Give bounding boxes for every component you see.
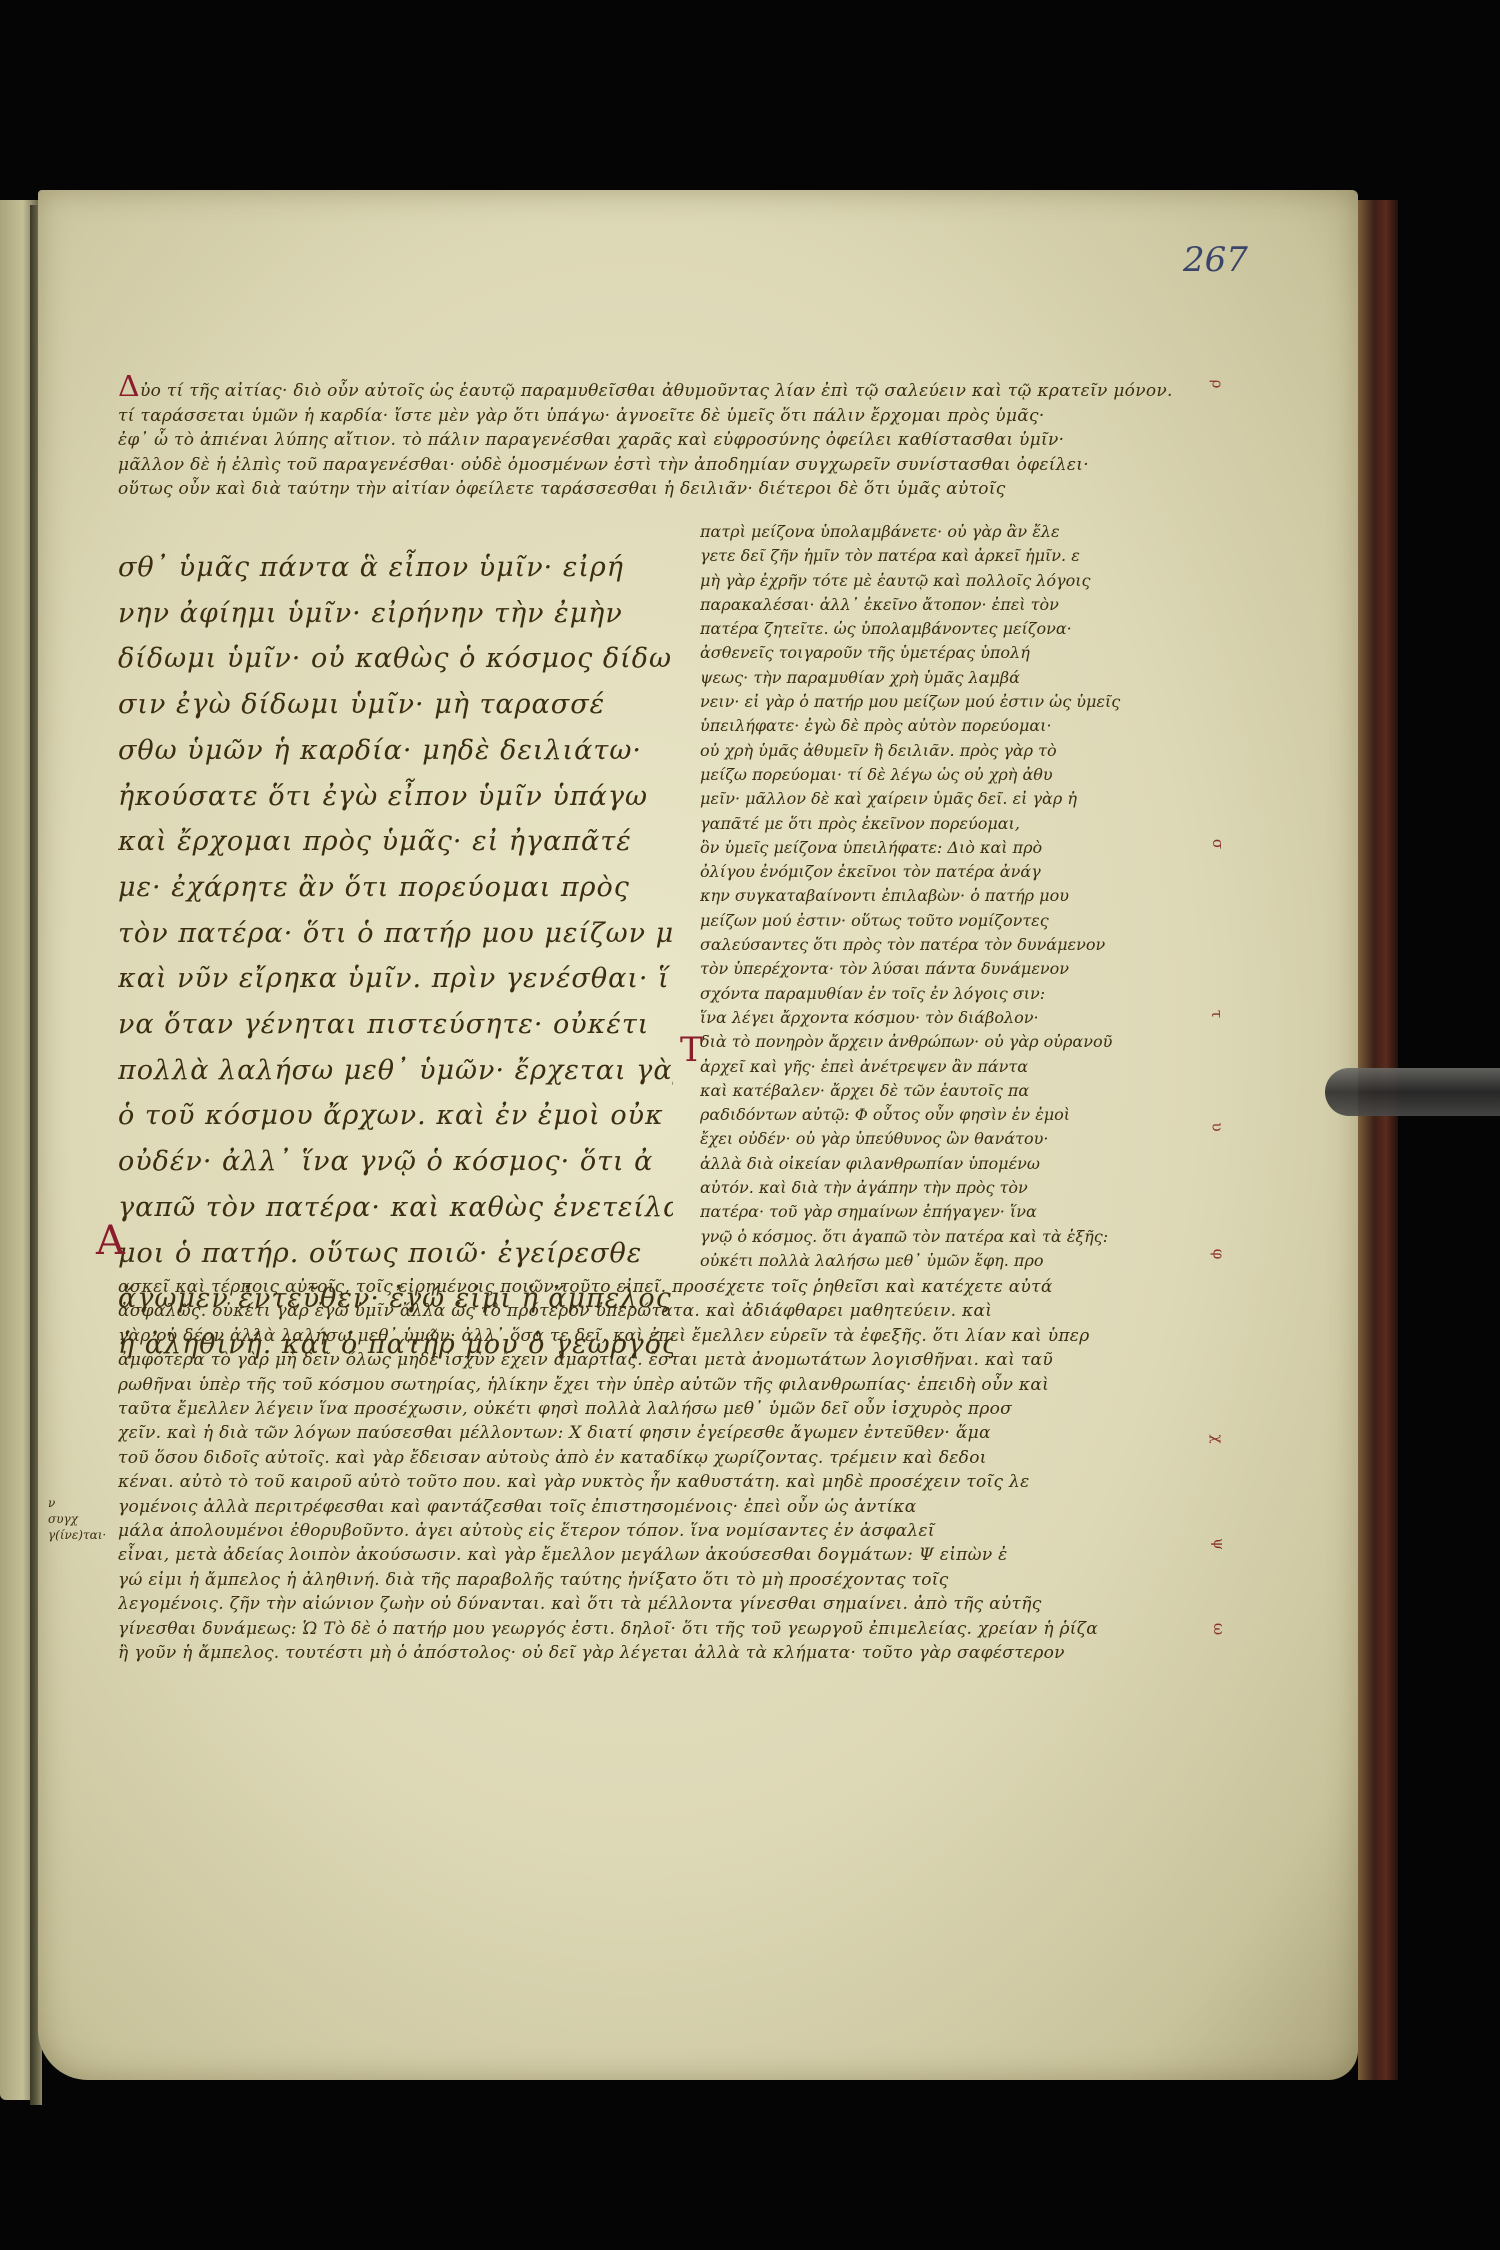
lemma-line: σθ᾽ ὑμᾶς πάντα ἃ εἶπον ὑμῖν· εἰρή [118, 545, 673, 591]
commentary-line: ἵνα λέγει ἄρχοντα κόσμου· τὸν διάβολον· [700, 1006, 1180, 1030]
text-line: γομένοις ἀλλὰ περιτρέφεσθαι καὶ φαντάζεσ… [118, 1495, 1193, 1519]
lemma-line: μοι ὁ πατήρ. οὕτως ποιῶ· ἐγείρεσθε [118, 1231, 673, 1277]
lemma-text-block: σθ᾽ ὑμᾶς πάντα ἃ εἶπον ὑμῖν· εἰρή νην ἀφ… [118, 545, 673, 1368]
commentary-line: ἀσθενεῖς τοιγαροῦν τῆς ὑμετέρας ὑπολή [700, 641, 1180, 665]
lemma-line: να ὅταν γένηται πιστεύσητε· οὐκέτι [118, 1002, 673, 1048]
commentary-line: διὰ τὸ πονηρὸν ἄρχειν ἀνθρώπων· οὐ γὰρ ο… [700, 1030, 1180, 1054]
text-line: λεγομένοις. ζῆν τὴν αἰώνιον ζωὴν οὐ δύνα… [118, 1592, 1193, 1616]
lemma-line: οὐδέν· ἀλλ᾽ ἵνα γνῷ ὁ κόσμος· ὅτι ἀ [118, 1139, 673, 1185]
rubric-initial-tau: Τ [680, 1030, 703, 1070]
commentary-column: πατρὶ μείζονα ὑπολαμβάνετε· οὐ γὰρ ἂν ἔλ… [700, 520, 1180, 1273]
marginal-ref-chi: χ [1209, 1434, 1227, 1443]
text-line: ἀμφότερα τὸ γὰρ μὴ δεῖν ὅλως μηδὲ ἰσχὺν … [118, 1348, 1193, 1372]
text-line: ἐφ᾽ ὧ τὸ ἀπιέναι λύπης αἴτιον. τὸ πάλιν … [118, 428, 1178, 453]
marginal-ref-psi: ψ [1210, 1538, 1228, 1550]
commentary-line: ἀλλὰ διὰ οἰκείαν φιλανθρωπίαν ὑπομένω [700, 1152, 1180, 1176]
text-line: ταῦτα ἔμελλεν λέγειν ἵνα προσέχωσιν, οὐκ… [118, 1397, 1193, 1421]
lemma-line: δίδωμι ὑμῖν· οὐ καθὼς ὁ κόσμος δίδω [118, 636, 673, 682]
commentary-line: γαπᾶτέ με ὅτι πρὸς ἐκεῖνον πορεύομαι, [700, 812, 1180, 836]
text-line: κέναι. αὐτὸ τὸ τοῦ καιροῦ αὐτὸ τοῦτο που… [118, 1470, 1193, 1494]
text-line: τοῦ ὅσου διδοῖς αὐτοῖς. καὶ γὰρ ἔδεισαν … [118, 1446, 1193, 1470]
commentary-line: μείζων μού ἐστιν· οὕτως τοῦτο νομίζοντες [700, 909, 1180, 933]
commentary-line: νειν· εἰ γὰρ ὁ πατήρ μου μείζων μού ἐστι… [700, 690, 1180, 714]
text-line: ασκεῖ καὶ τέρποις αὐτοῖς, τοῖς εἰρημένοι… [118, 1275, 1193, 1299]
commentary-line: οὐ χρὴ ὑμᾶς ἀθυμεῖν ἢ δειλιᾶν. πρὸς γὰρ … [700, 739, 1180, 763]
commentary-line: πατέρα· τοῦ γὰρ σημαίνων ἐπήγαγεν· ἵνα [700, 1200, 1180, 1224]
folio-number: 267 [1183, 240, 1248, 280]
text-line: ρωθῆναι ὑπὲρ τῆς τοῦ κόσμου σωτηρίας, ἡλ… [118, 1373, 1193, 1397]
marginal-ref-rho: ρ [1208, 380, 1226, 389]
lemma-line: νην ἀφίημι ὑμῖν· εἰρήνην τὴν ἐμὴν [118, 591, 673, 637]
text-line: Δὐο τί τῆς αἰτίας· διὸ οὖν αὐτοῖς ὡς ἑαυ… [118, 375, 1178, 404]
text-line: γίνεσθαι δυνάμεως: Ὡ Τὸ δὲ ὁ πατήρ μου γ… [118, 1617, 1193, 1641]
rubric-initial-alpha: Α [96, 1218, 125, 1264]
commentary-line: ὀλίγου ἐνόμιζον ἐκεῖνοι τὸν πατέρα ἀνάγ [700, 860, 1180, 884]
commentary-line: αὐτόν. καὶ διὰ τὴν ἀγάπην τὴν πρὸς τὸν [700, 1176, 1180, 1200]
lemma-line: ὁ τοῦ κόσμου ἄρχων. καὶ ἐν ἐμοὶ οὐκ ἔχει [118, 1093, 673, 1139]
text-line: μάλα ἀπολουμένοι ἐθορυβοῦντο. ἀγει αὐτοὺ… [118, 1519, 1193, 1543]
page-holder-rod [1325, 1068, 1500, 1116]
lemma-line: σθω ὑμῶν ἡ καρδία· μηδὲ δειλιάτω· [118, 728, 673, 774]
text-line: μᾶλλον δὲ ἡ ἐλπὶς τοῦ παραγενέσθαι· οὐδὲ… [118, 453, 1178, 478]
commentary-line: ἔχει οὐδέν· οὐ γὰρ ὑπεύθυνος ὢν θανάτου· [700, 1127, 1180, 1151]
lemma-line: πολλὰ λαλήσω μεθ᾽ ὑμῶν· ἔρχεται γὰρ [118, 1048, 673, 1094]
text-line: χεῖν. καὶ ἡ διὰ τῶν λόγων παύσεσθαι μέλλ… [118, 1421, 1193, 1445]
text-line: εἶναι, μετὰ ἀδείας λοιπὸν ἀκούσωσιν. καὶ… [118, 1543, 1193, 1567]
lemma-line: καὶ ἔρχομαι πρὸς ὑμᾶς· εἰ ἠγαπᾶτέ [118, 819, 673, 865]
top-commentary-block: Δὐο τί τῆς αἰτίας· διὸ οὖν αὐτοῖς ὡς ἑαυ… [118, 375, 1178, 502]
lemma-line: καὶ νῦν εἴρηκα ὑμῖν. πρὶν γενέσθαι· ἵ [118, 956, 673, 1002]
commentary-line: μείζω πορεύομαι· τί δὲ λέγω ὡς οὐ χρὴ ἀθ… [700, 763, 1180, 787]
marginal-ref-phi: φ [1209, 1249, 1227, 1260]
commentary-line: μεῖν· μᾶλλον δὲ καὶ χαίρειν ὑμᾶς δεῖ. εἰ… [700, 787, 1180, 811]
commentary-line: γνῷ ὁ κόσμος. ὅτι ἀγαπῶ τὸν πατέρα καὶ τ… [700, 1225, 1180, 1249]
bottom-commentary-block: ασκεῖ καὶ τέρποις αὐτοῖς, τοῖς εἰρημένοι… [118, 1275, 1193, 1666]
lemma-line: γαπῶ τὸν πατέρα· καὶ καθὼς ἐνετείλατο [118, 1185, 673, 1231]
commentary-line: οὐκέτι πολλὰ λαλήσω μεθ᾽ ὑμῶν ἔφη. προ [700, 1249, 1180, 1273]
commentary-line: ὑπειλήφατε· ἐγὼ δὲ πρὸς αὐτὸν πορεύομαι· [700, 714, 1180, 738]
left-margin-note: ν συγχ γ(ίνε)ται· [48, 1495, 106, 1543]
commentary-line: ἀρχεῖ καὶ γῆς· ἐπεὶ ἀνέτρεψεν ἂν πάντα [700, 1055, 1180, 1079]
text-line: ἀσφαλῶς. οὐκέτι γὰρ ἐγὼ ὑμῖν ἄλλα ὡς τὸ … [118, 1299, 1193, 1323]
text-line: τί ταράσσεται ὑμῶν ἡ καρδία· ἴστε μὲν γὰ… [118, 404, 1178, 429]
marginal-ref-omega: ω [1210, 1623, 1228, 1635]
commentary-line: σχόντα παραμυθίαν ἐν τοῖς ἐν λόγοις σιν: [700, 982, 1180, 1006]
commentary-line: καὶ κατέβαλεν· ἄρχει δὲ τῶν ἑαυτοῖς πα [700, 1079, 1180, 1103]
commentary-line: κην συγκαταβαίνοντι ἐπιλαβὼν· ὁ πατήρ μο… [700, 884, 1180, 908]
commentary-line: τὸν ὑπερέχοντα· τὸν λύσαι πάντα δυνάμενο… [700, 957, 1180, 981]
text-line: γώ εἰμι ἡ ἄμπελος ἡ ἀληθινή. διὰ τῆς παρ… [118, 1568, 1193, 1592]
rubric-initial: Δ [118, 375, 140, 404]
commentary-line: πατρὶ μείζονα ὑπολαμβάνετε· οὐ γὰρ ἂν ἔλ… [700, 520, 1180, 544]
lemma-line: τὸν πατέρα· ὅτι ὁ πατήρ μου μείζων μού ἐ… [118, 911, 673, 957]
text-line: γὰρ οὐ δέον ἀλλὰ λαλήσω μεθ᾽ ὑμῶν· ἀλλ᾽ … [118, 1324, 1193, 1348]
commentary-line: ραδιδόντων αὐτῷ: Φ οὗτος οὖν φησὶν ἐν ἐμ… [700, 1103, 1180, 1127]
commentary-line: μὴ γὰρ ἐχρῆν τότε μὲ ἐαυτῷ καὶ πολλοῖς λ… [700, 569, 1180, 593]
commentary-line: γετε δεῖ ζῆν ἡμῖν τὸν πατέρα καὶ ἀρκεῖ ἡ… [700, 544, 1180, 568]
binding-cover-edge [1358, 200, 1398, 2080]
commentary-line: ψεως· τὴν παραμυθίαν χρὴ ὑμᾶς λαμβά [700, 666, 1180, 690]
text-line: οὕτως οὖν καὶ διὰ ταύτην τὴν αἰτίαν ὀφεί… [118, 477, 1178, 502]
marginal-ref-upsilon: υ [1209, 1122, 1227, 1131]
lemma-line: με· ἐχάρητε ἂν ὅτι πορεύομαι πρὸς [118, 865, 673, 911]
commentary-line: πατέρα ζητεῖτε. ὡς ὑπολαμβάνοντες μείζον… [700, 617, 1180, 641]
commentary-line: σαλεύσαντες ὅτι πρὸς τὸν πατέρα τὸν δυνά… [700, 933, 1180, 957]
commentary-line: παρακαλέσαι· ἀλλ᾽ ἐκεῖνο ἄτοπον· ἐπεὶ τὸ… [700, 593, 1180, 617]
commentary-line: ὃν ὑμεῖς μείζονα ὑπειλήφατε: Διὸ καὶ πρὸ [700, 836, 1180, 860]
marginal-ref-sigma: σ [1209, 839, 1227, 849]
marginal-ref-tau: τ [1208, 1010, 1226, 1018]
lemma-line: ἠκούσατε ὅτι ἐγὼ εἶπον ὑμῖν ὑπάγω [118, 774, 673, 820]
lemma-line: σιν ἐγὼ δίδωμι ὑμῖν· μὴ ταρασσέ [118, 682, 673, 728]
text-line: ἢ γοῦν ἡ ἄμπελος. τουτέστι μὴ ὁ ἀπόστολο… [118, 1641, 1193, 1665]
